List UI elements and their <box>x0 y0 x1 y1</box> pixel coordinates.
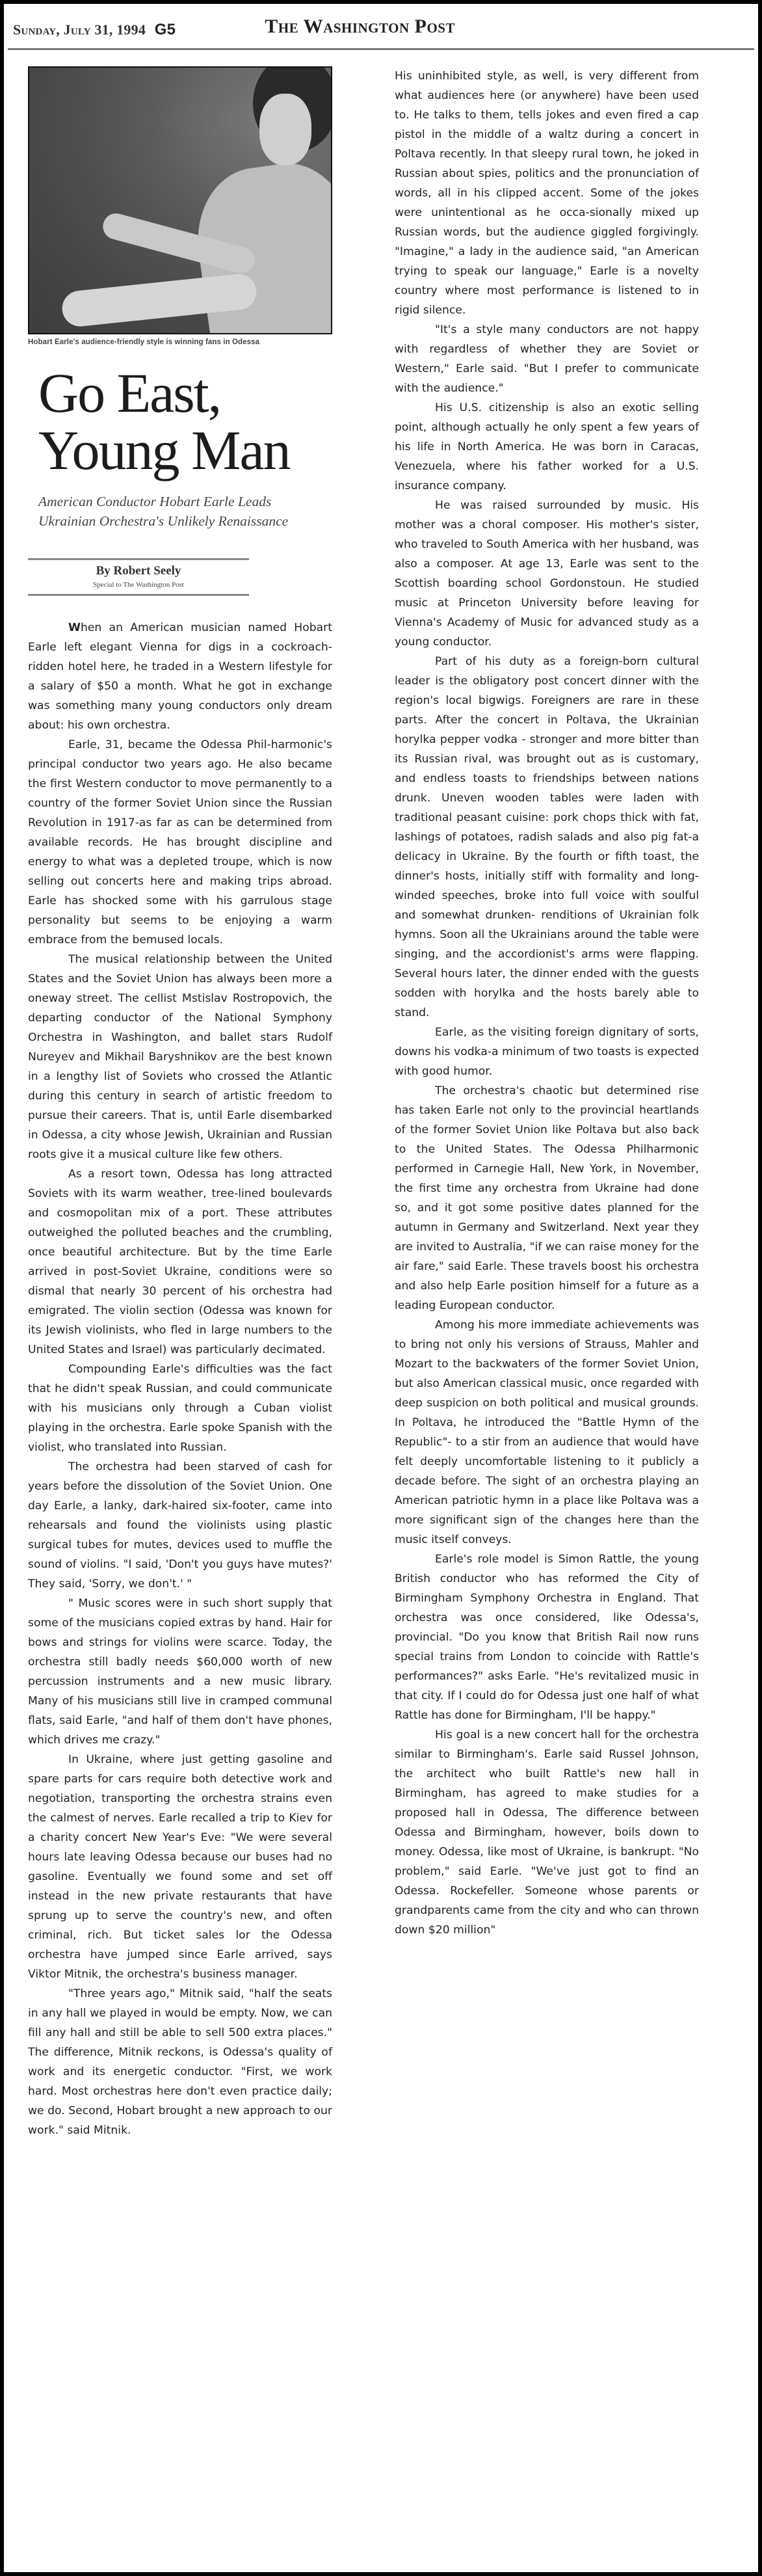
paragraph: Among his more immediate achievements wa… <box>395 1315 699 1550</box>
headline-line-1: Go East, <box>38 364 332 422</box>
paragraph: "Three years ago," Mitnik said, "half th… <box>28 1984 332 2140</box>
paragraph: His uninhibited style, as well, is very … <box>395 66 699 320</box>
paragraph: Part of his duty as a foreign-born cultu… <box>395 652 699 1023</box>
paragraph: As a resort town, Odessa has long attrac… <box>28 1164 332 1360</box>
paragraph: The orchestra's chaotic but determined r… <box>395 1081 699 1315</box>
byline-credit: Special to The Washington Post <box>28 581 249 589</box>
paragraph: Compounding Earle's difficulties was the… <box>28 1360 332 1457</box>
subheadline-line-2: Ukrainian Orchestra's Unlikely Renaissan… <box>38 511 332 531</box>
byline-box: By Robert Seely Special to The Washingto… <box>28 558 249 596</box>
right-column: His uninhibited style, as well, is very … <box>395 66 699 1940</box>
paragraph: Earle, as the visiting foreign dignitary… <box>395 1023 699 1081</box>
photo-conductor-icon <box>28 66 332 334</box>
byline-author: By Robert Seely <box>28 564 249 578</box>
masthead: Sunday, July 31, 1994 G5 The Washington … <box>8 8 754 50</box>
drop-cap: W <box>68 621 81 634</box>
dateline: Sunday, July 31, 1994 G5 <box>13 21 176 39</box>
paragraph: His U.S. citizenship is also an exotic s… <box>395 398 699 496</box>
left-column: Hobart Earle's audience-friendly style i… <box>28 66 332 2140</box>
article-body-right: His uninhibited style, as well, is very … <box>395 66 699 1940</box>
paragraph: His goal is a new concert hall for the o… <box>395 1725 699 1940</box>
page-number: G5 <box>155 21 176 38</box>
photo-caption: Hobart Earle's audience-friendly style i… <box>28 338 332 346</box>
paragraph: In Ukraine, where just getting gasoline … <box>28 1750 332 1984</box>
article-body-left: When an American musician named Hobart E… <box>28 618 332 2140</box>
date-text: Sunday, July 31, 1994 <box>13 21 146 38</box>
paragraph: The musical relationship between the Uni… <box>28 950 332 1164</box>
paragraph: Earle's role model is Simon Rattle, the … <box>395 1550 699 1725</box>
paragraph: When an American musician named Hobart E… <box>28 618 332 735</box>
headline-line-2: Young Man <box>38 422 332 479</box>
paragraph: " Music scores were in such short supply… <box>28 1594 332 1750</box>
paragraph: He was raised surrounded by music. His m… <box>395 496 699 652</box>
paragraph: Earle, 31, became the Odessa Phil-harmon… <box>28 735 332 950</box>
subheadline-line-1: American Conductor Hobart Earle Leads <box>38 492 332 511</box>
newspaper-name: The Washington Post <box>265 16 455 38</box>
headline: Go East, Young Man <box>38 364 332 479</box>
newspaper-page: Sunday, July 31, 1994 G5 The Washington … <box>0 0 762 2576</box>
subheadline: American Conductor Hobart Earle Leads Uk… <box>38 492 332 531</box>
paragraph: The orchestra had been starved of cash f… <box>28 1457 332 1594</box>
paragraph: "It's a style many conductors are not ha… <box>395 320 699 398</box>
